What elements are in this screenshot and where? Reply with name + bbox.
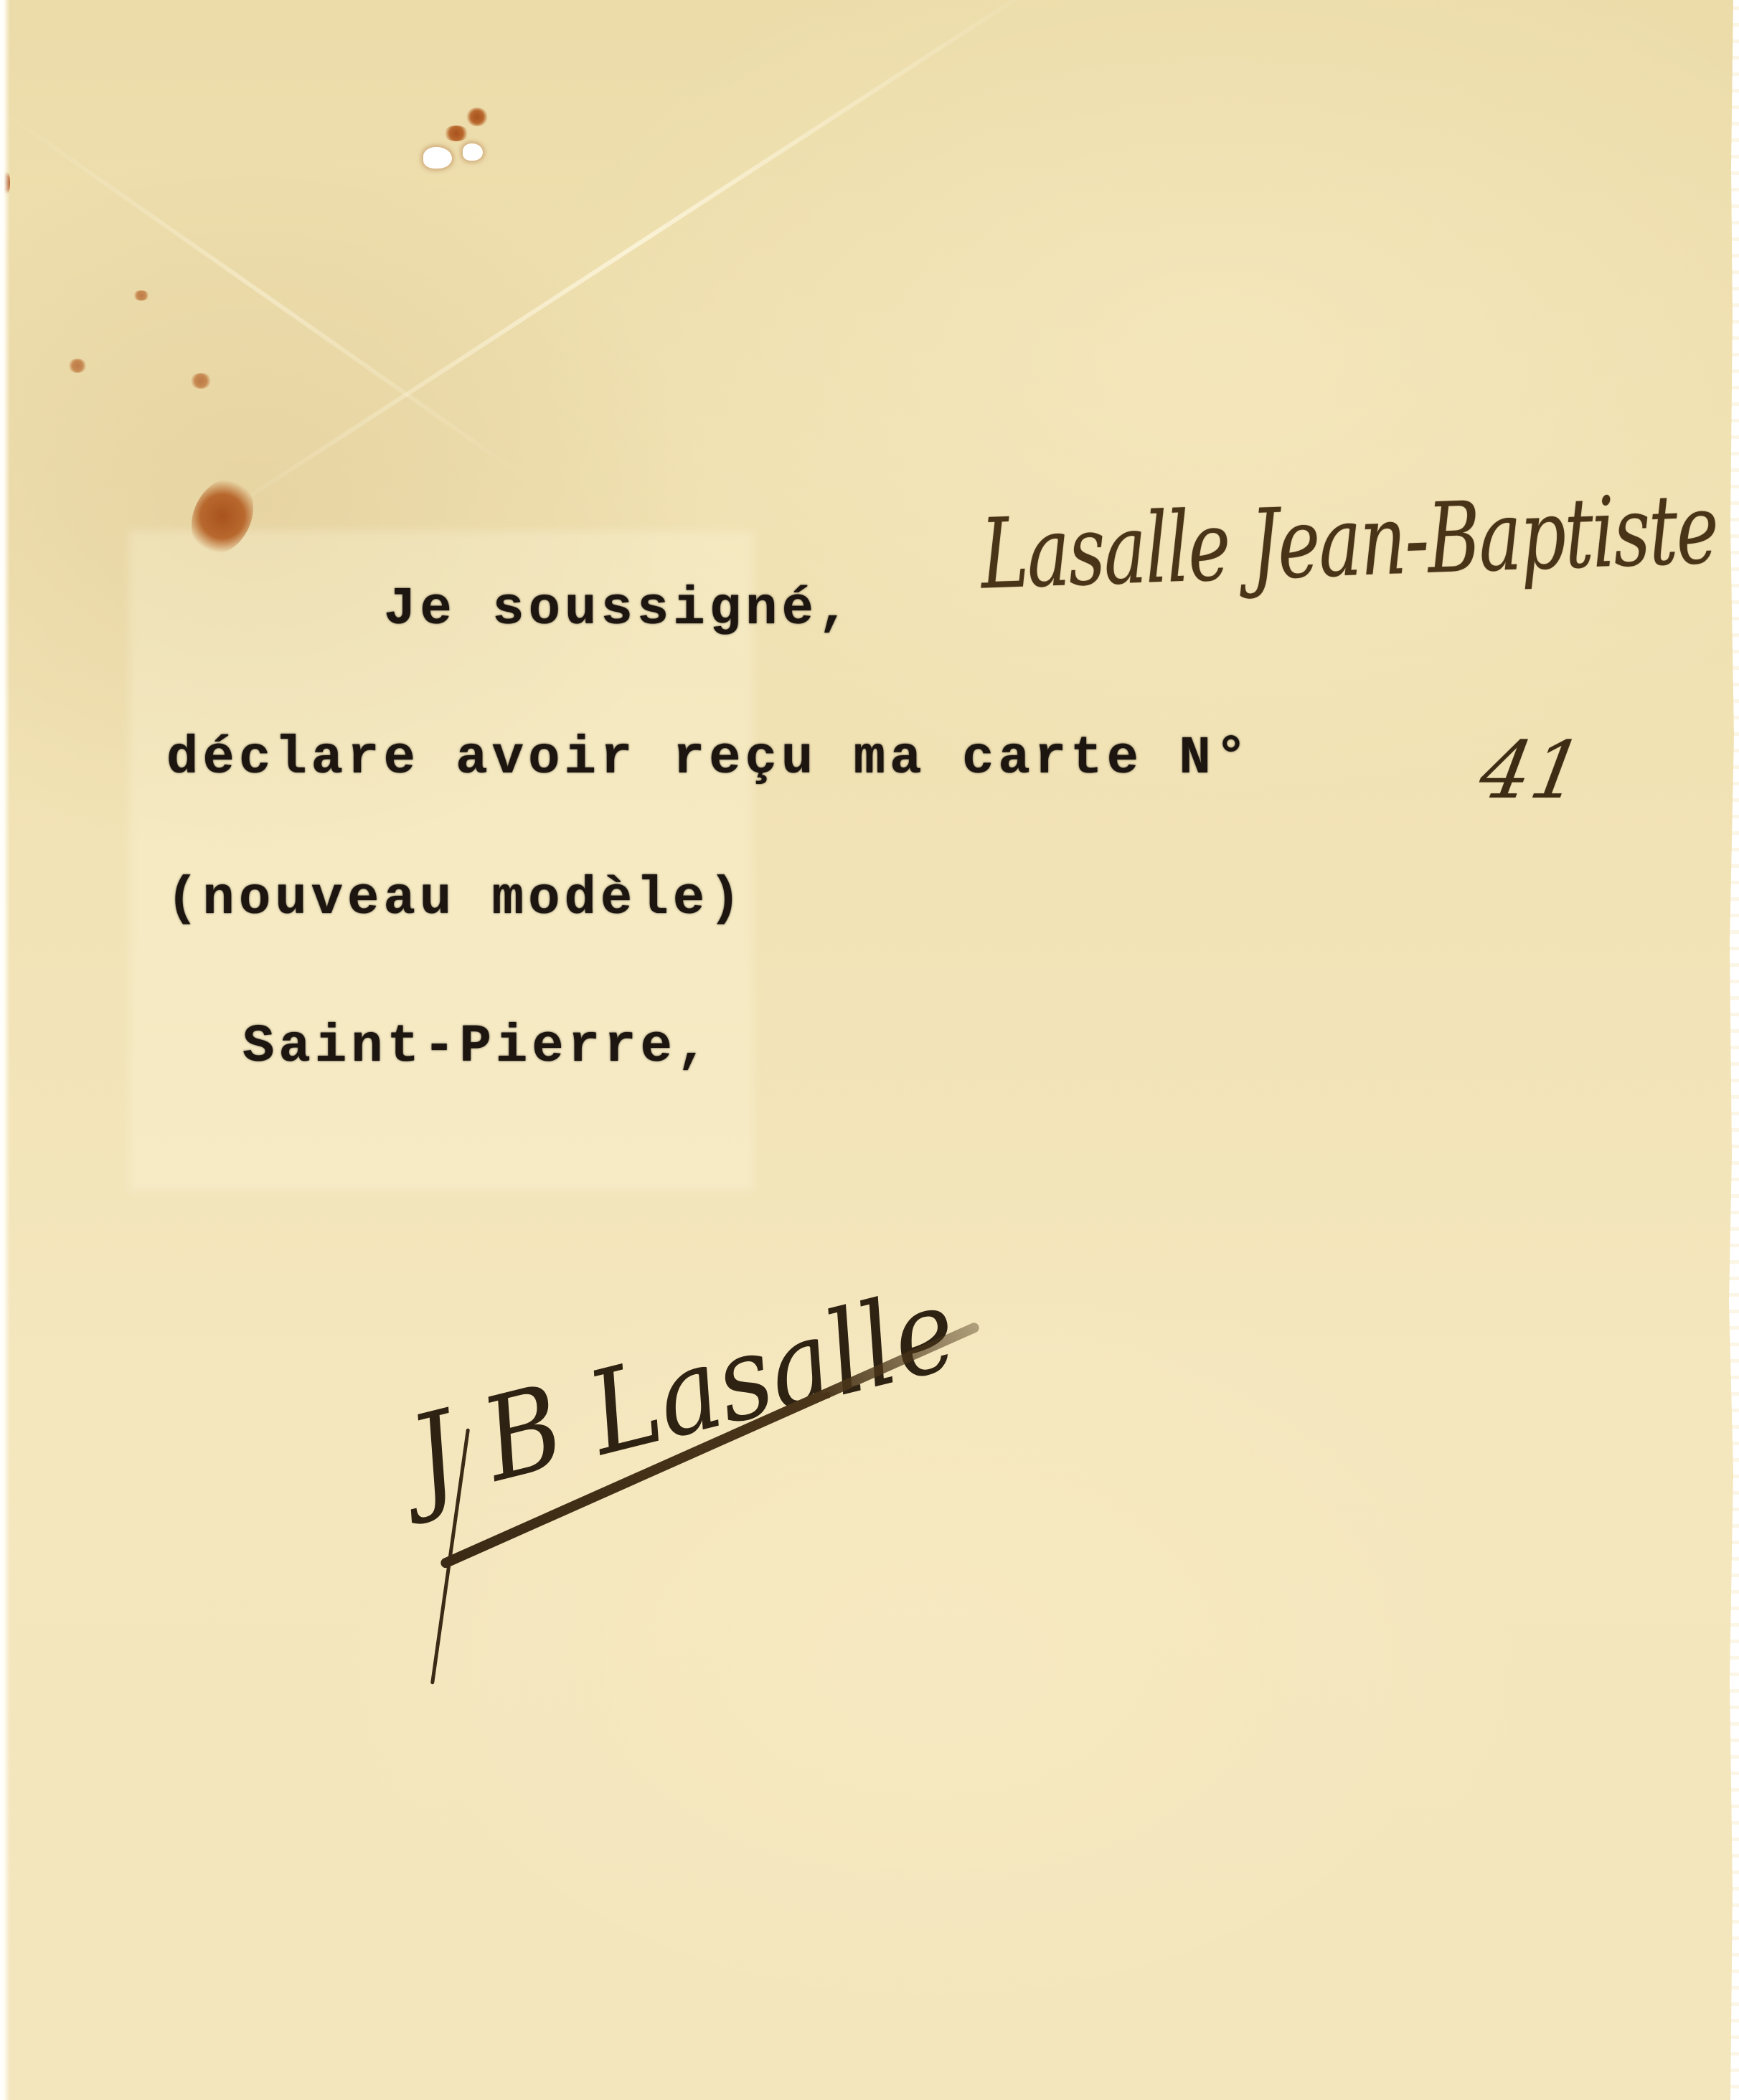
- handwritten-name: Lasalle Jean-Baptiste: [979, 472, 1719, 611]
- paper-hole: [463, 143, 483, 161]
- paper-torn-edge: [1725, 0, 1739, 2100]
- typed-line-saint-pierre: Saint-Pierre,: [242, 1017, 712, 1077]
- paper-hole: [423, 147, 452, 169]
- paper-left-edge: [0, 0, 10, 2100]
- typed-line-je-soussigne: Je soussigné,: [384, 580, 854, 640]
- paper-crease: [0, 108, 530, 482]
- rust-stain: [133, 290, 150, 301]
- scanned-document-page: Je soussigné, Lasalle Jean-Baptiste décl…: [0, 0, 1739, 2100]
- signature: J B Lasalle: [398, 1261, 969, 1526]
- rust-stain: [466, 108, 488, 126]
- rust-stain: [190, 373, 212, 389]
- typed-line-declare: déclare avoir reçu ma carte N°: [166, 729, 1251, 789]
- rust-stain: [443, 126, 469, 141]
- typed-line-nouveau-modele: (nouveau modèle): [166, 869, 745, 930]
- handwritten-card-number: 41: [1474, 724, 1590, 816]
- paper-crease: [214, 0, 1058, 521]
- rust-stain: [68, 359, 87, 373]
